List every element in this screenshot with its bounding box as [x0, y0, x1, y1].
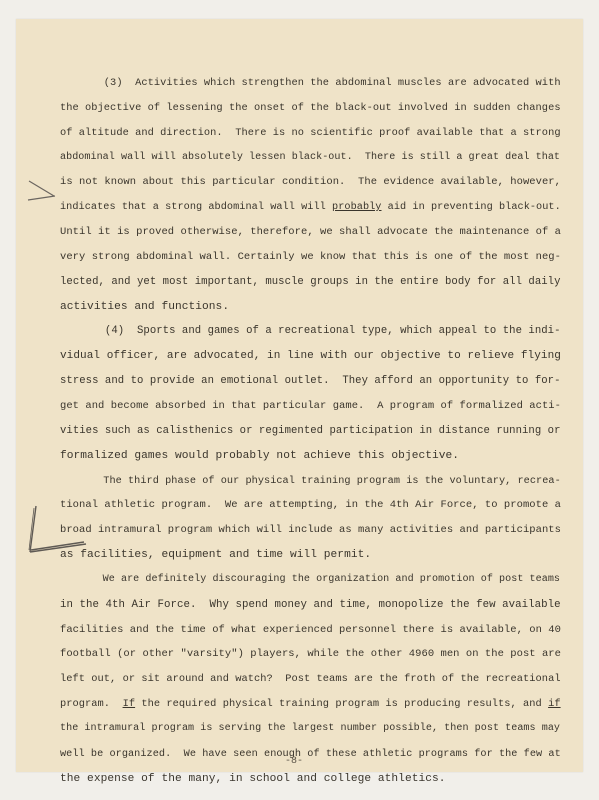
- underlined-word: If: [123, 698, 136, 710]
- text-line: get and become absorbed in that particul…: [60, 394, 560, 419]
- text-line: formalized games would probably not achi…: [60, 444, 560, 469]
- text-line: Until it is proved otherwise, therefore,…: [60, 220, 560, 245]
- text-line: program. If the required physical traini…: [60, 692, 560, 717]
- paragraph-4: (4) Sports and games of a recreational t…: [60, 319, 560, 468]
- text-line: left out, or sit around and watch? Post …: [60, 667, 560, 692]
- text-line: activities and functions.: [60, 295, 560, 320]
- text-line: The third phase of our physical training…: [60, 469, 560, 494]
- paragraph-3: (3) Activities which strengthen the abdo…: [60, 71, 560, 319]
- text-line: facilities and the time of what experien…: [60, 618, 560, 643]
- text-line: very strong abdominal wall. Certainly we…: [60, 245, 560, 270]
- text-line: indicates that a strong abdominal wall w…: [60, 195, 560, 220]
- text-line: as facilities, equipment and time will p…: [60, 543, 560, 568]
- text-line: the intramural program is serving the la…: [60, 717, 560, 742]
- text-line: is not known about this particular condi…: [60, 170, 560, 195]
- text-line: well be organized. We have seen enough o…: [60, 742, 560, 767]
- underlined-word: if: [548, 698, 561, 710]
- text-span: indicates that a strong abdominal wall w…: [60, 201, 332, 213]
- text-line: football (or other "varsity") players, w…: [60, 642, 560, 667]
- text-line: stress and to provide an emotional outle…: [60, 369, 560, 394]
- text-line: (3) Activities which strengthen the abdo…: [60, 71, 560, 96]
- page-number: -8-: [285, 756, 303, 767]
- text-line: lected, and yet most important, muscle g…: [60, 270, 560, 295]
- text-span: program.: [60, 698, 123, 710]
- text-line: tional athletic program. We are attempti…: [60, 493, 560, 518]
- text-line: vidual officer, are advocated, in line w…: [60, 344, 560, 369]
- text-line: broad intramural program which will incl…: [60, 518, 560, 543]
- text-line: abdominal wall will absolutely lessen bl…: [60, 146, 560, 171]
- paragraph-third-phase: The third phase of our physical training…: [60, 469, 560, 568]
- text-line: the expense of the many, in school and c…: [60, 767, 560, 792]
- paragraph-post-teams: We are definitely discouraging the organ…: [60, 568, 560, 792]
- text-line: the objective of lessening the onset of …: [60, 96, 560, 121]
- underlined-word: probably: [332, 201, 381, 213]
- text-span: the required physical training program i…: [135, 698, 548, 710]
- text-line: (4) Sports and games of a recreational t…: [60, 319, 560, 344]
- text-line: We are definitely discouraging the organ…: [60, 568, 560, 593]
- document-body: (3) Activities which strengthen the abdo…: [60, 71, 560, 791]
- text-line: vities such as calisthenics or regimente…: [60, 419, 560, 444]
- text-span: aid in preventing black-out.: [382, 201, 561, 213]
- text-line: in the 4th Air Force. Why spend money an…: [60, 593, 560, 618]
- text-line: of altitude and direction. There is no s…: [60, 121, 560, 146]
